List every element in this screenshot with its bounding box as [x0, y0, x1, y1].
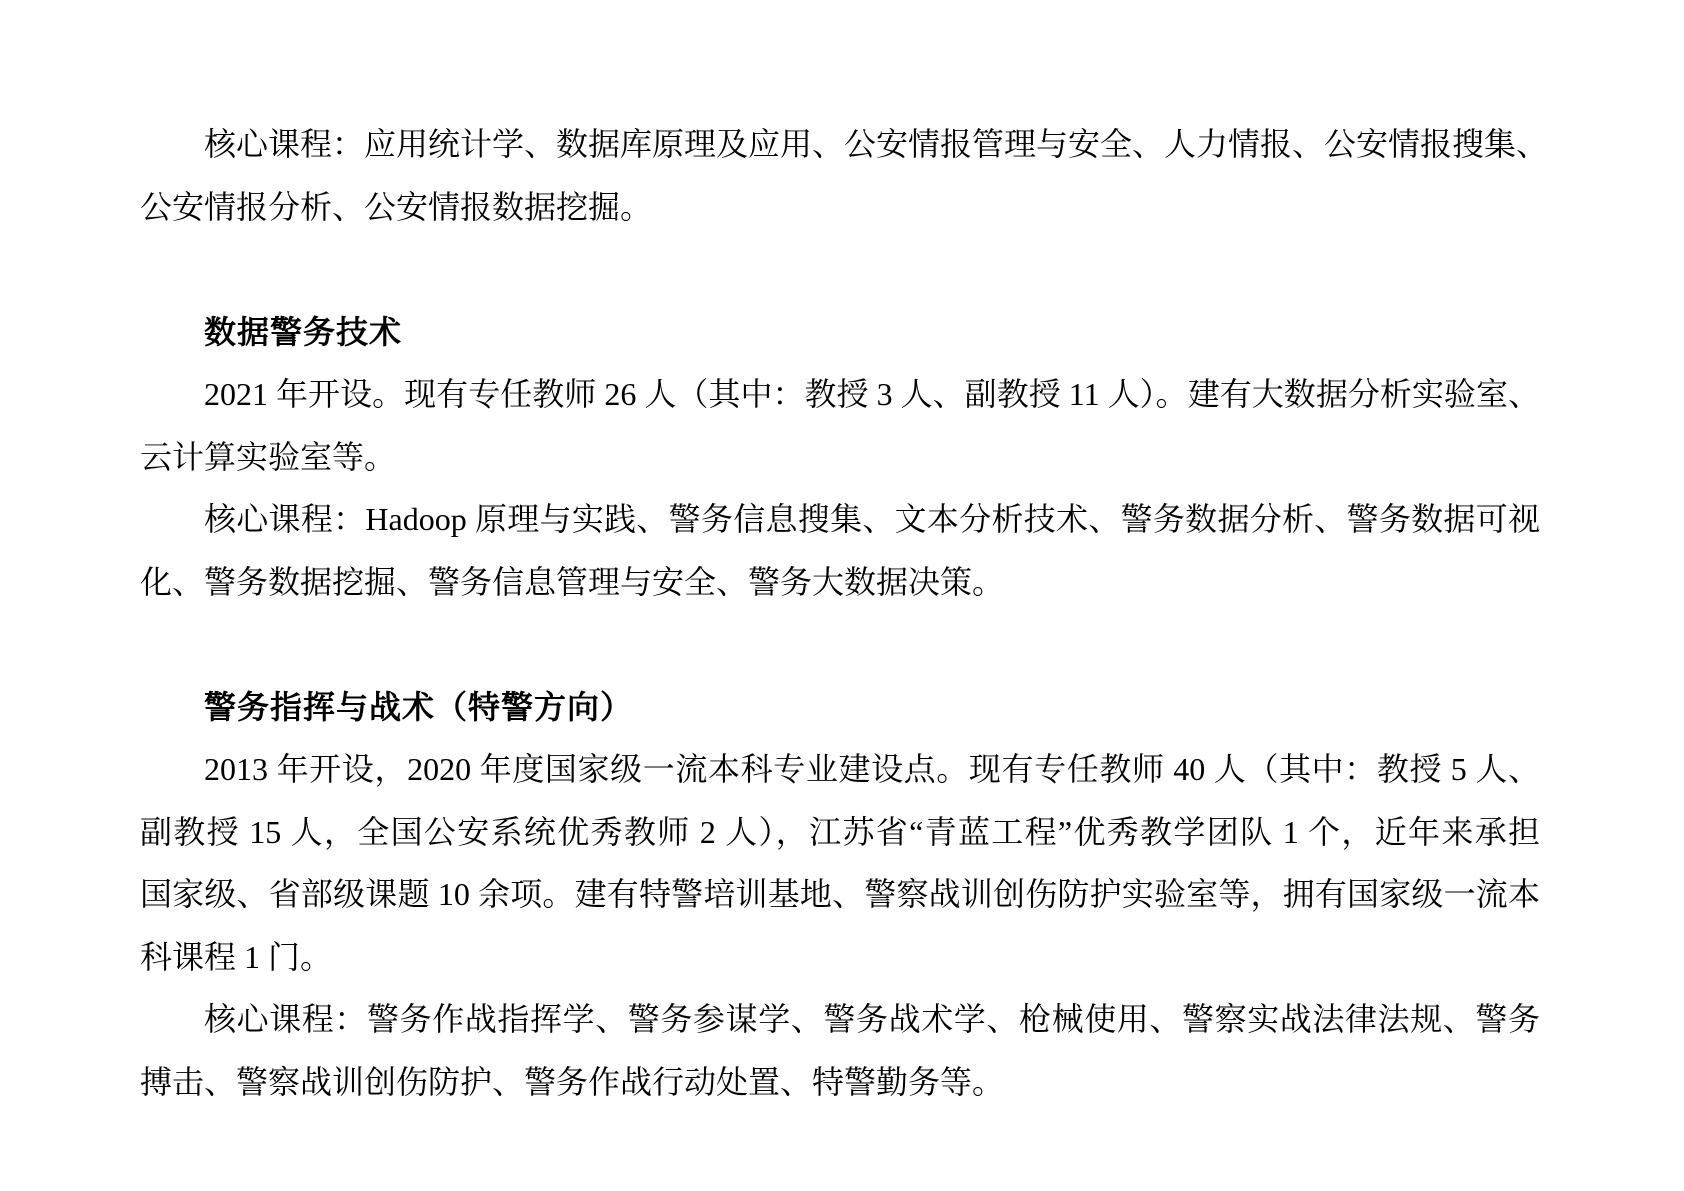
paragraph-police-command-courses: 核心课程：警务作战指挥学、警务参谋学、警务战术学、枪械使用、警察实战法律法规、警… — [140, 988, 1540, 1113]
text-line: 化、警务数据挖掘、警务信息管理与安全、警务大数据决策。 — [140, 551, 1540, 614]
paragraph-data-police-tech-intro: 2021 年开设。现有专任教师 26 人（其中：教授 3 人、副教授 11 人）… — [140, 363, 1540, 488]
section-heading-police-command-tactics: 警务指挥与战术（特警方向） — [140, 676, 1540, 739]
text-line: 公安情报分析、公安情报数据挖掘。 — [140, 176, 1540, 239]
paragraph-police-command-intro: 2013 年开设，2020 年度国家级一流本科专业建设点。现有专任教师 40 人… — [140, 738, 1540, 988]
text-line: 核心课程：警务作战指挥学、警务参谋学、警务战术学、枪械使用、警察实战法律法规、警… — [140, 988, 1540, 1051]
text-line: 副教授 15 人，全国公安系统优秀教师 2 人），江苏省“青蓝工程”优秀教学团队… — [140, 801, 1540, 864]
text-line: 云计算实验室等。 — [140, 426, 1540, 489]
paragraph-data-police-tech-courses: 核心课程：Hadoop 原理与实践、警务信息搜集、文本分析技术、警务数据分析、警… — [140, 488, 1540, 613]
section-heading-data-police-tech: 数据警务技术 — [140, 301, 1540, 364]
text-line: 核心课程：应用统计学、数据库原理及应用、公安情报管理与安全、人力情报、公安情报搜… — [140, 113, 1540, 176]
text-line: 科课程 1 门。 — [140, 926, 1540, 989]
empty-line — [140, 613, 1540, 676]
text-line: 搏击、警察战训创伤防护、警务作战行动处置、特警勤务等。 — [140, 1051, 1540, 1114]
text-line: 国家级、省部级课题 10 余项。建有特警培训基地、警察战训创伤防护实验室等，拥有… — [140, 863, 1540, 926]
text-line: 核心课程：Hadoop 原理与实践、警务信息搜集、文本分析技术、警务数据分析、警… — [140, 488, 1540, 551]
document-content: 核心课程：应用统计学、数据库原理及应用、公安情报管理与安全、人力情报、公安情报搜… — [140, 113, 1540, 1113]
paragraph-intel-core-courses: 核心课程：应用统计学、数据库原理及应用、公安情报管理与安全、人力情报、公安情报搜… — [140, 113, 1540, 238]
document-page: 核心课程：应用统计学、数据库原理及应用、公安情报管理与安全、人力情报、公安情报搜… — [0, 0, 1684, 1191]
text-line: 2013 年开设，2020 年度国家级一流本科专业建设点。现有专任教师 40 人… — [140, 738, 1540, 801]
text-line: 2021 年开设。现有专任教师 26 人（其中：教授 3 人、副教授 11 人）… — [140, 363, 1540, 426]
empty-line — [140, 238, 1540, 301]
